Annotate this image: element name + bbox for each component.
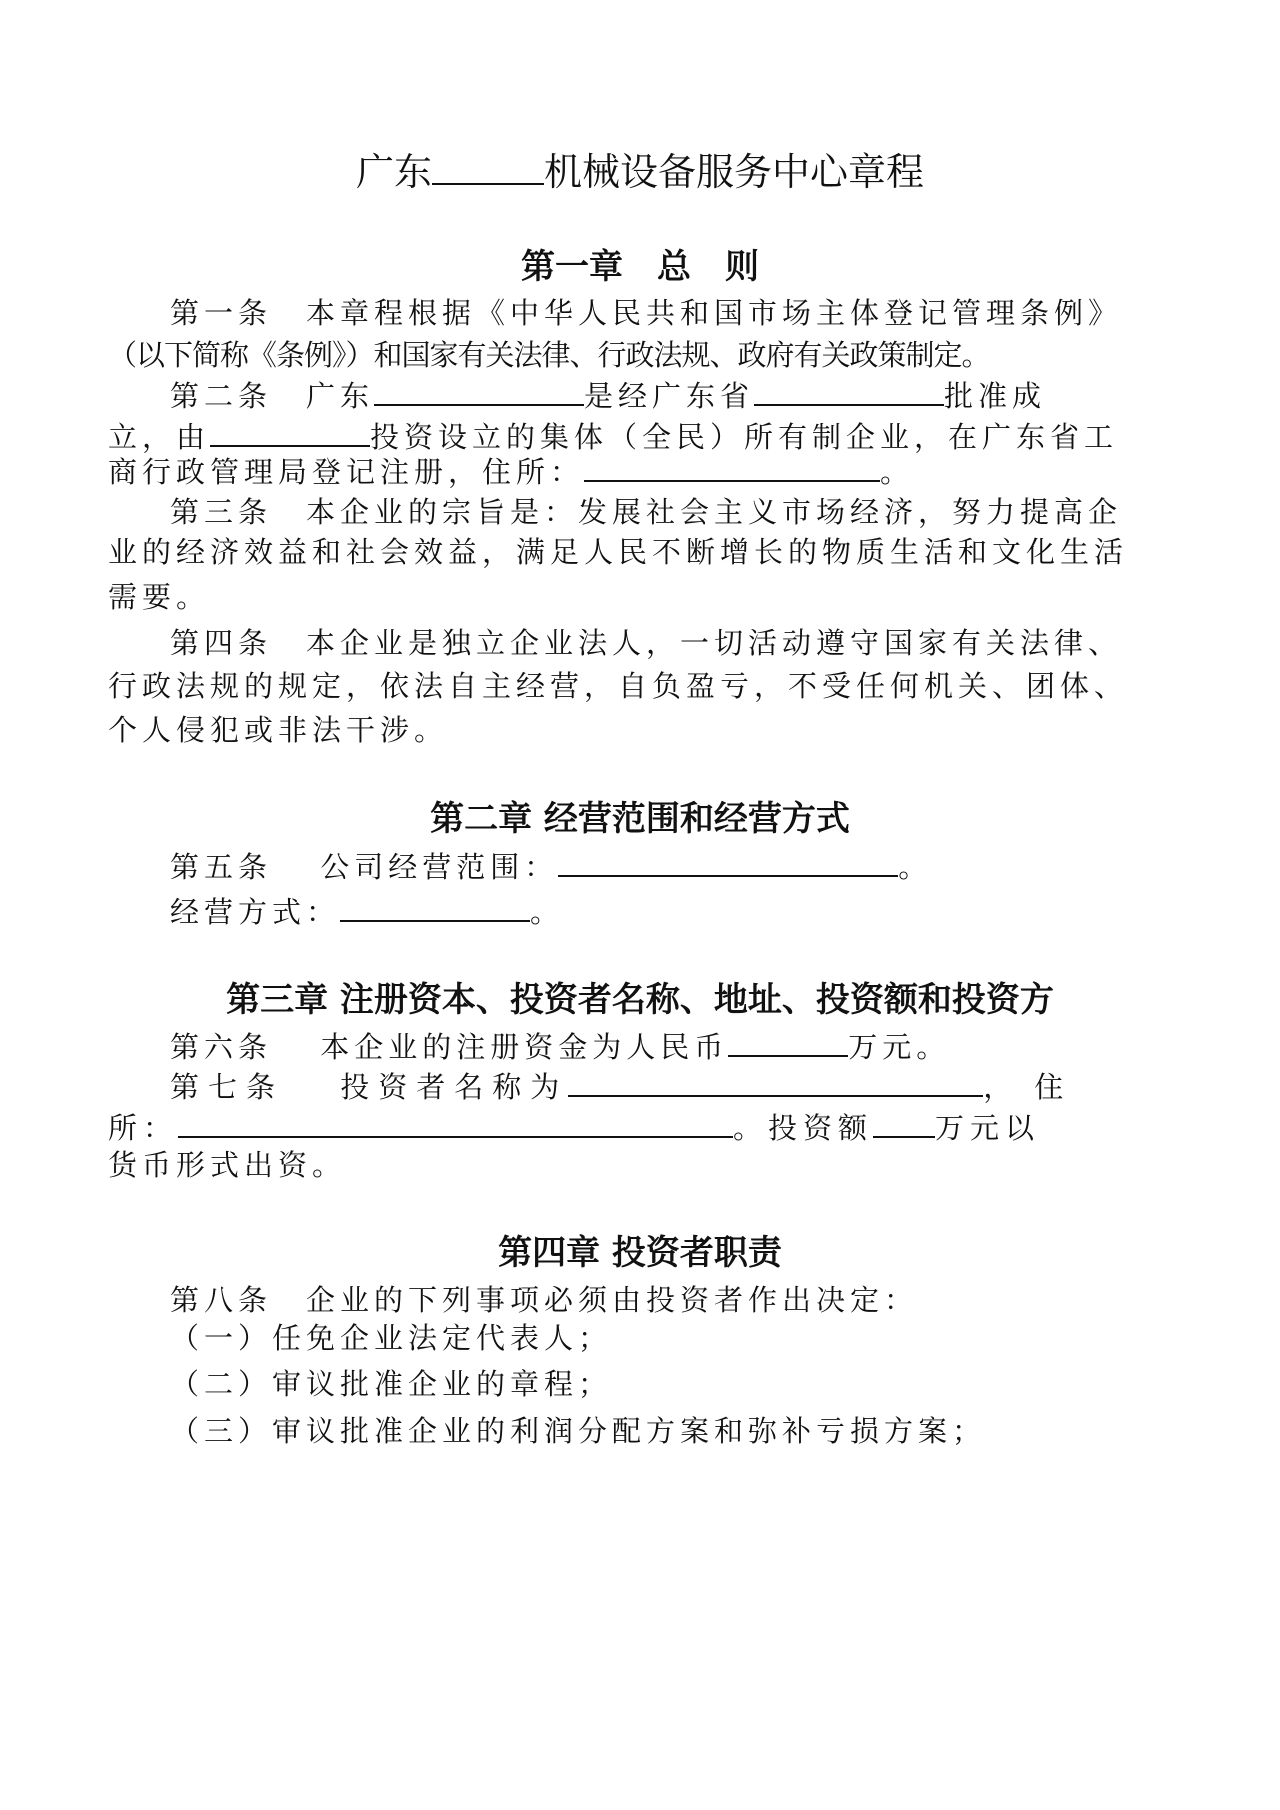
- chapter-2-heading: 第二章 经营范围和经营方式: [0, 799, 1280, 839]
- article-5-line: 第五条 公司经营范围：。: [170, 847, 932, 887]
- address-blank[interactable]: [584, 452, 880, 482]
- investment-amount-blank[interactable]: [873, 1108, 935, 1138]
- article-2-text-a: 第二条 广东: [170, 379, 374, 413]
- article-8-item-2: （二）审议批准企业的章程；: [170, 1364, 612, 1404]
- chapter-3-heading: 第三章 注册资本、投资者名称、地址、投资额和投资方: [0, 980, 1280, 1020]
- business-mode-end: 。: [530, 895, 564, 929]
- title-suffix: 机械设备服务中心章程: [544, 150, 924, 194]
- article-5-end: 。: [898, 850, 932, 884]
- business-mode-blank[interactable]: [340, 892, 530, 922]
- article-1-line-1: 第一条 本章程根据《中华人民共和国市场主体登记管理条例》: [170, 293, 1122, 333]
- registered-capital-blank[interactable]: [728, 1027, 848, 1057]
- article-8-intro: 第八条 企业的下列事项必须由投资者作出决定：: [170, 1280, 918, 1320]
- article-5-label: 第五条 公司经营范围：: [170, 850, 558, 884]
- article-4-line-1: 第四条 本企业是独立企业法人，一切活动遵守国家有关法律、: [170, 623, 1122, 663]
- article-7-label: 第七条 投资者名称为: [170, 1070, 568, 1104]
- article-3-line-3: 需要。: [108, 577, 210, 617]
- article-4-line-3: 个人侵犯或非法干涉。: [108, 710, 448, 750]
- document-page: 广东机械设备服务中心章程 第一章 总 则 第一条 本章程根据《中华人民共和国市场…: [0, 0, 1280, 1810]
- article-4-line-2: 行政法规的规定，依法自主经营，自负盈亏，不受任何机关、团体、: [108, 666, 1128, 706]
- article-7-line-2: 所：。投资额万元以: [108, 1108, 1040, 1148]
- article-6-label: 第六条 本企业的注册资金为人民币: [170, 1030, 728, 1064]
- article-3-line-1: 第三条 本企业的宗旨是：发展社会主义市场经济，努力提高企: [170, 492, 1122, 532]
- article-2-text-b: 是经广东省: [584, 379, 754, 413]
- article-7-text-b: ，住: [983, 1070, 1085, 1104]
- article-2-text-c: 批准成: [944, 379, 1046, 413]
- article-2-text-d: 立，由: [108, 420, 210, 454]
- document-title: 广东机械设备服务中心章程: [0, 152, 1280, 192]
- article-3-line-2: 业的经济效益和社会效益，满足人民不断增长的物质生活和文化生活: [108, 532, 1128, 572]
- title-prefix: 广东: [356, 150, 432, 194]
- article-1-line-2: （以下简称《条例》）和国家有关法律、行政法规、政府有关政策制定。: [108, 335, 990, 375]
- article-7-line-1: 第七条 投资者名称为，住: [170, 1067, 1085, 1107]
- business-mode-label: 经营方式：: [170, 895, 340, 929]
- article-2-text-g: 。: [880, 455, 914, 489]
- article-8-item-1: （一）任免企业法定代表人；: [170, 1318, 612, 1358]
- chapter-1-heading: 第一章 总 则: [0, 247, 1280, 287]
- article-7-text-e: 万元以: [935, 1111, 1040, 1145]
- article-7-text-c: 所：: [108, 1111, 178, 1145]
- investor-blank[interactable]: [210, 417, 370, 447]
- business-mode-line: 经营方式：。: [170, 892, 564, 932]
- article-2-line-2: 立，由投资设立的集体（全民）所有制企业，在广东省工: [108, 417, 1118, 457]
- article-2-text-e: 投资设立的集体（全民）所有制企业，在广东省工: [370, 420, 1118, 454]
- approval-authority-blank[interactable]: [754, 376, 944, 406]
- article-8-item-3: （三）审议批准企业的利润分配方案和弥补亏损方案；: [170, 1411, 986, 1451]
- article-2-line-1: 第二条 广东是经广东省批准成: [170, 376, 1046, 416]
- article-7-line-3: 货币形式出资。: [108, 1145, 346, 1185]
- investor-name-blank[interactable]: [568, 1067, 983, 1097]
- article-6-line: 第六条 本企业的注册资金为人民币万元。: [170, 1027, 950, 1067]
- article-2-text-f: 商行政管理局登记注册，住所：: [108, 455, 584, 489]
- article-6-end: 万元。: [848, 1030, 950, 1064]
- investor-address-blank[interactable]: [178, 1108, 733, 1138]
- article-7-text-d: 。投资额: [733, 1111, 873, 1145]
- article-2-line-3: 商行政管理局登记注册，住所：。: [108, 452, 914, 492]
- enterprise-name-blank[interactable]: [374, 376, 584, 406]
- business-scope-blank[interactable]: [558, 847, 898, 877]
- title-blank[interactable]: [432, 155, 544, 185]
- chapter-4-heading: 第四章 投资者职责: [0, 1233, 1280, 1273]
